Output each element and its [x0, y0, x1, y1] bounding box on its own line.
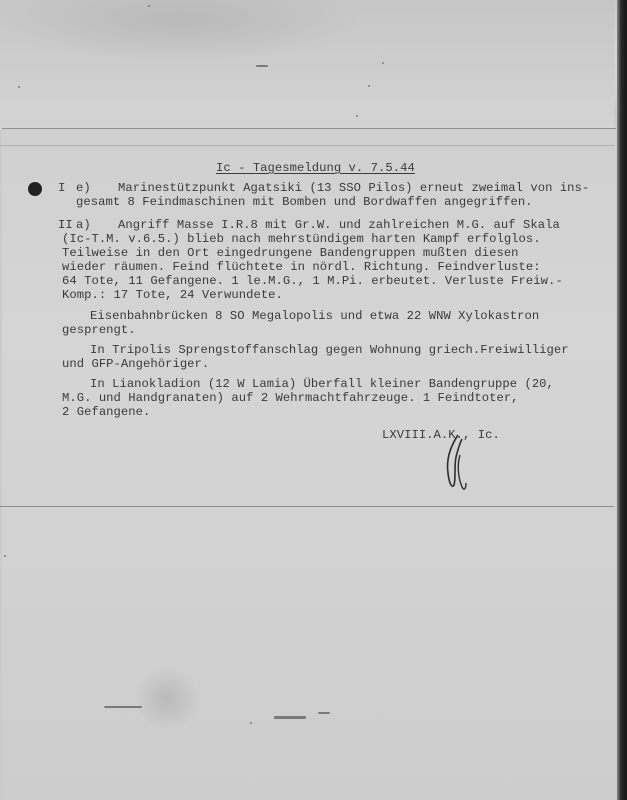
speck: [18, 86, 20, 88]
speck: [4, 555, 6, 557]
fold-line: [0, 506, 614, 507]
text-line: 2 Gefangene.: [62, 405, 150, 419]
speck: [356, 115, 358, 117]
punch-hole: [28, 182, 42, 196]
document-title: Ic - Tagesmeldung v. 7.5.44: [216, 161, 415, 175]
section-marker: II: [58, 218, 73, 232]
smudge: [256, 65, 268, 67]
smudge: [318, 712, 330, 714]
smudge: [104, 706, 142, 708]
text-line: Eisenbahnbrücken 8 SO Megalopolis und et…: [90, 309, 539, 323]
text-line: wieder räumen. Feind flüchtete in nördl.…: [62, 260, 541, 274]
speck: [250, 722, 252, 724]
text-line: M.G. und Handgranaten) auf 2 Wehrmachtfa…: [62, 391, 519, 405]
stain: [132, 669, 202, 729]
speck: [368, 85, 370, 87]
text-line: In Tripolis Sprengstoffanschlag gegen Wo…: [90, 343, 569, 357]
text-line: Marinestützpunkt Agatsiki (13 SSO Pilos)…: [118, 181, 589, 195]
text-line: gesprengt.: [62, 323, 136, 337]
handwritten-signature-icon: [440, 433, 470, 493]
fold-line: [0, 145, 614, 146]
section-marker: I: [58, 181, 65, 195]
scan-edge: [617, 0, 627, 800]
text-line: 64 Tote, 11 Gefangene. 1 le.M.G., 1 M.Pi…: [62, 274, 563, 288]
text-line: (Ic-T.M. v.6.5.) blieb nach mehrstündige…: [62, 232, 541, 246]
speck: [382, 62, 384, 64]
scanned-document: Ic - Tagesmeldung v. 7.5.44 I e) Marines…: [0, 0, 627, 800]
text-line: Angriff Masse I.R.8 mit Gr.W. und zahlre…: [118, 218, 560, 232]
section-sub: e): [76, 181, 91, 195]
smudge: [274, 716, 306, 719]
text-line: Teilweise in den Ort eingedrungene Bande…: [62, 246, 519, 260]
text-line: gesamt 8 Feindmaschinen mit Bomben und B…: [76, 195, 533, 209]
text-line: und GFP-Angehöriger.: [62, 357, 209, 371]
section-sub: a): [76, 218, 91, 232]
top-sheet-overlap: [0, 0, 614, 130]
text-line: Komp.: 17 Tote, 24 Verwundete.: [62, 288, 283, 302]
speck: [148, 5, 150, 7]
text-line: In Lianokladion (12 W Lamia) Überfall kl…: [90, 377, 554, 391]
